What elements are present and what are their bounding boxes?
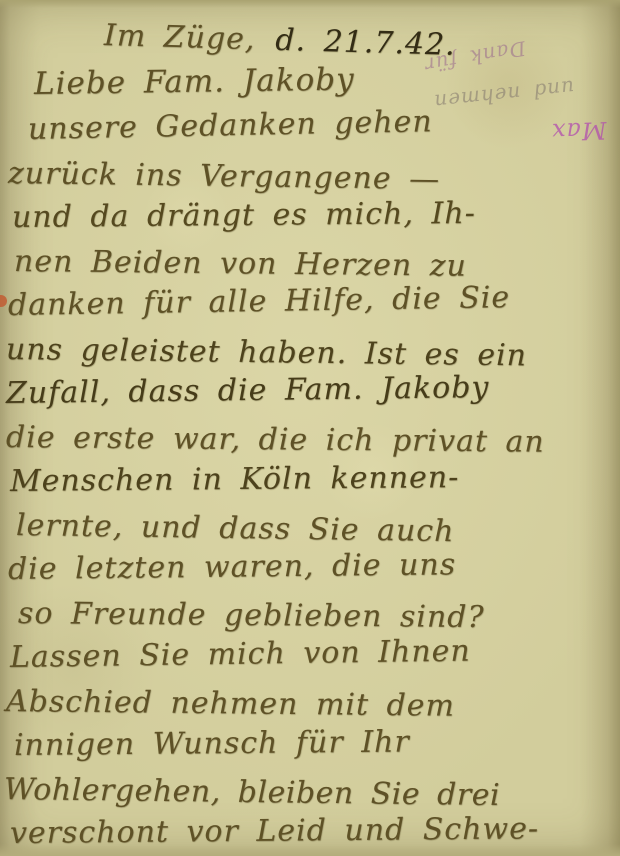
letter-line: innigen Wunsch für Ihr bbox=[14, 719, 620, 768]
letter-page: Im Züge,d. 21.7.42. Liebe Fam. Jakoby un… bbox=[0, 0, 620, 856]
letter-line: danken für alle Hilfe, die Sie bbox=[8, 274, 620, 328]
letter-body: unsere Gedanken gehenzurück ins Vergange… bbox=[0, 108, 620, 856]
letter-line: verschont vor Leid und Schwe- bbox=[10, 807, 620, 856]
letter-line: Menschen in Köln kennen- bbox=[10, 455, 620, 504]
letter-location: Im Züge, bbox=[104, 18, 256, 57]
letter-line: die letzten waren, die uns bbox=[8, 542, 620, 592]
letter-line: Zufall, dass die Fam. Jakoby bbox=[6, 365, 620, 416]
letter-line: und da drängt es mich, Ih- bbox=[12, 191, 620, 240]
letter-scan: Im Züge,d. 21.7.42. Liebe Fam. Jakoby un… bbox=[0, 0, 620, 856]
letter-line: Lassen Sie mich von Ihnen bbox=[10, 627, 620, 680]
